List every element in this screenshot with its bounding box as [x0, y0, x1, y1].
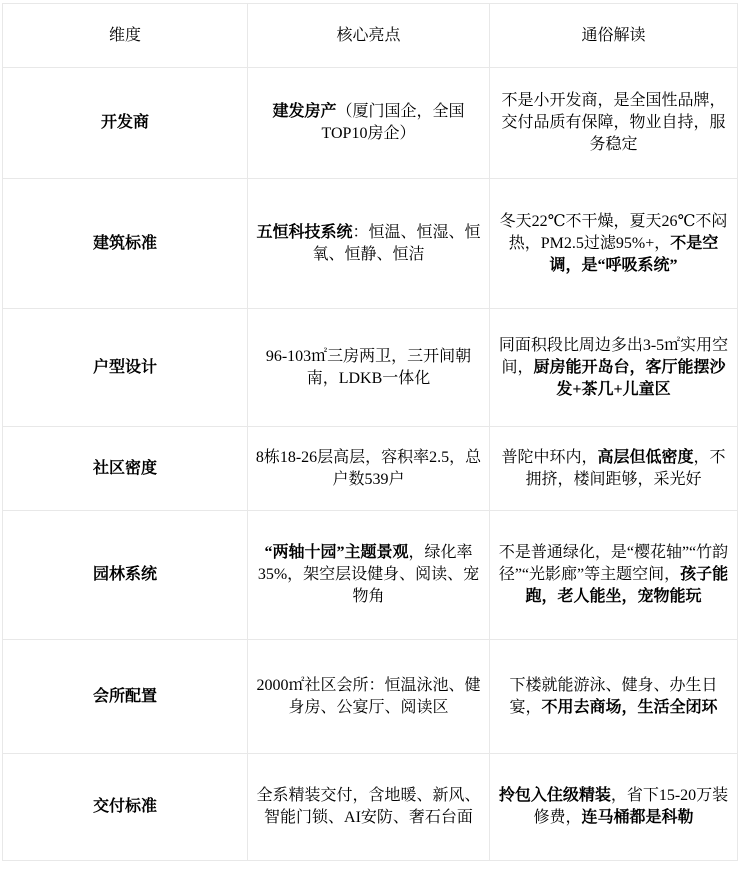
- header-cell-interpretation: 通俗解读: [490, 4, 737, 68]
- table-row: 会所配置 2000㎡社区会所：恒温泳池、健身房、公宴厅、阅读区 下楼就能游泳、健…: [3, 640, 737, 754]
- text-segment: 不用去商场，生活全闭环: [542, 699, 718, 716]
- interpretation-cell: 不是普通绿化，是“樱花轴”“竹韵径”“光影廊”等主题空间，孩子能跑，老人能坐，宠…: [490, 511, 737, 640]
- interpretation-text: 同面积段比周边多出3-5㎡实用空间，厨房能开岛台，客厅能摆沙发+茶几+儿童区: [496, 335, 731, 401]
- interpretation-text: 不是普通绿化，是“樱花轴”“竹韵径”“光影廊”等主题空间，孩子能跑，老人能坐，宠…: [496, 542, 731, 608]
- interpretation-cell: 拎包入住级精装，省下15-20万装修费，连马桶都是科勒: [490, 754, 737, 860]
- text-segment: （厦门国企，全国TOP10房企）: [322, 103, 465, 142]
- dimension-cell: 社区密度: [3, 427, 248, 511]
- text-segment: 厨房能开岛台，客厅能摆沙发+茶几+儿童区: [534, 359, 726, 398]
- text-segment: 拎包入住级精装: [499, 787, 611, 804]
- dimension-label: 户型设计: [93, 357, 157, 379]
- highlight-cell: 五恒科技系统：恒温、恒湿、恒氧、恒静、恒洁: [248, 179, 490, 309]
- highlight-text: 2000㎡社区会所：恒温泳池、健身房、公宴厅、阅读区: [254, 675, 483, 719]
- highlight-text: 五恒科技系统：恒温、恒湿、恒氧、恒静、恒洁: [254, 222, 483, 266]
- highlight-cell: “两轴十园”主题景观，绿化率35%，架空层设健身、阅读、宠物角: [248, 511, 490, 640]
- text-segment: 连马桶都是科勒: [582, 809, 694, 826]
- dimension-label: 建筑标准: [93, 233, 157, 255]
- dimension-cell: 开发商: [3, 68, 248, 179]
- table-row: 交付标准 全系精装交付，含地暖、新风、智能门锁、AI安防、奢石台面 拎包入住级精…: [3, 754, 737, 860]
- interpretation-cell: 冬天22℃不干燥，夏天26℃不闷热，PM2.5过滤95%+，不是空调，是“呼吸系…: [490, 179, 737, 309]
- text-segment: 五恒科技系统: [256, 224, 352, 241]
- interpretation-cell: 下楼就能游泳、健身、办生日宴，不用去商场，生活全闭环: [490, 640, 737, 754]
- dimension-label: 园林系统: [93, 564, 157, 586]
- interpretation-text: 普陀中环内，高层但低密度，不拥挤，楼间距够，采光好: [496, 447, 731, 491]
- highlight-text: 建发房产（厦门国企，全国TOP10房企）: [254, 101, 483, 145]
- dimension-cell: 会所配置: [3, 640, 248, 754]
- text-segment: 96-103㎡三房两卫，三开间朝南，LDKB一体化: [266, 348, 471, 387]
- highlight-text: 8栋18-26层高层，容积率2.5，总户数539户: [254, 447, 483, 491]
- table-row: 社区密度 8栋18-26层高层，容积率2.5，总户数539户 普陀中环内，高层但…: [3, 427, 737, 511]
- highlight-text: 全系精装交付，含地暖、新风、智能门锁、AI安防、奢石台面: [254, 785, 483, 829]
- highlight-cell: 建发房产（厦门国企，全国TOP10房企）: [248, 68, 490, 179]
- dimension-label: 交付标准: [93, 796, 157, 818]
- interpretation-cell: 不是小开发商，是全国性品牌，交付品质有保障，物业自持，服务稳定: [490, 68, 737, 179]
- text-segment: 普陀中环内，: [501, 449, 597, 466]
- header-label: 核心亮点: [336, 25, 400, 47]
- dimension-label: 开发商: [101, 112, 149, 134]
- interpretation-cell: 同面积段比周边多出3-5㎡实用空间，厨房能开岛台，客厅能摆沙发+茶几+儿童区: [490, 309, 737, 427]
- dimension-label: 社区密度: [93, 458, 157, 480]
- interpretation-text: 拎包入住级精装，省下15-20万装修费，连马桶都是科勒: [496, 785, 731, 829]
- interpretation-text: 不是小开发商，是全国性品牌，交付品质有保障，物业自持，服务稳定: [496, 90, 731, 156]
- header-cell-highlight: 核心亮点: [248, 4, 490, 68]
- table-row: 开发商 建发房产（厦门国企，全国TOP10房企） 不是小开发商，是全国性品牌，交…: [3, 68, 737, 179]
- dimension-cell: 园林系统: [3, 511, 248, 640]
- table-row: 户型设计 96-103㎡三房两卫，三开间朝南，LDKB一体化 同面积段比周边多出…: [3, 309, 737, 427]
- header-label: 维度: [109, 25, 141, 47]
- table-row: 园林系统 “两轴十园”主题景观，绿化率35%，架空层设健身、阅读、宠物角 不是普…: [3, 511, 737, 640]
- interpretation-cell: 普陀中环内，高层但低密度，不拥挤，楼间距够，采光好: [490, 427, 737, 511]
- highlight-cell: 2000㎡社区会所：恒温泳池、健身房、公宴厅、阅读区: [248, 640, 490, 754]
- text-segment: 2000㎡社区会所：恒温泳池、健身房、公宴厅、阅读区: [256, 677, 480, 716]
- text-segment: 不是小开发商，是全国性品牌，交付品质有保障，物业自持，服务稳定: [501, 92, 725, 153]
- dimension-cell: 建筑标准: [3, 179, 248, 309]
- text-segment: 8栋18-26层高层，容积率2.5，总户数539户: [256, 449, 481, 488]
- text-segment: “两轴十园”主题景观: [264, 544, 408, 561]
- interpretation-text: 冬天22℃不干燥，夏天26℃不闷热，PM2.5过滤95%+，不是空调，是“呼吸系…: [496, 211, 731, 277]
- header-cell-dimension: 维度: [3, 4, 248, 68]
- dimension-label: 会所配置: [93, 686, 157, 708]
- highlight-cell: 8栋18-26层高层，容积率2.5，总户数539户: [248, 427, 490, 511]
- highlight-text: 96-103㎡三房两卫，三开间朝南，LDKB一体化: [254, 346, 483, 390]
- text-segment: 高层但低密度: [597, 449, 693, 466]
- highlight-text: “两轴十园”主题景观，绿化率35%，架空层设健身、阅读、宠物角: [254, 542, 483, 608]
- table-row: 建筑标准 五恒科技系统：恒温、恒湿、恒氧、恒静、恒洁 冬天22℃不干燥，夏天26…: [3, 179, 737, 309]
- page: 维度 核心亮点 通俗解读 开发商 建发房产（厦门国企，全国TOP10房企） 不是…: [0, 0, 740, 871]
- table-header-row: 维度 核心亮点 通俗解读: [3, 4, 737, 68]
- comparison-table: 维度 核心亮点 通俗解读 开发商 建发房产（厦门国企，全国TOP10房企） 不是…: [2, 3, 738, 861]
- dimension-cell: 户型设计: [3, 309, 248, 427]
- interpretation-text: 下楼就能游泳、健身、办生日宴，不用去商场，生活全闭环: [496, 675, 731, 719]
- text-segment: 建发房产: [272, 103, 336, 120]
- highlight-cell: 全系精装交付，含地暖、新风、智能门锁、AI安防、奢石台面: [248, 754, 490, 860]
- text-segment: 全系精装交付，含地暖、新风、智能门锁、AI安防、奢石台面: [256, 787, 480, 826]
- highlight-cell: 96-103㎡三房两卫，三开间朝南，LDKB一体化: [248, 309, 490, 427]
- dimension-cell: 交付标准: [3, 754, 248, 860]
- header-label: 通俗解读: [581, 25, 645, 47]
